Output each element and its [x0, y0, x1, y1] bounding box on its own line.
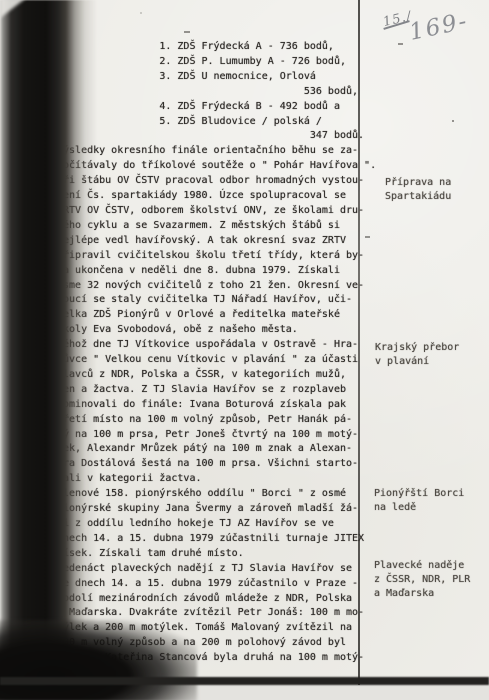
scan-speck [300, 408, 302, 410]
scan-speck [140, 12, 142, 14]
margin-rule-line [358, 0, 360, 685]
pencil-dash-mark [365, 236, 370, 238]
margin-note-krajsky-prebor: Krajský přebor v plavání [375, 341, 459, 369]
scanned-chronicle-page: 1. ZDŠ Frýdecká A - 736 bodů, 2. ZDŠ P. … [0, 0, 489, 700]
typed-body-text: 1. ZDŠ Frýdecká A - 736 bodů, 2. ZDŠ P. … [57, 40, 376, 666]
page-bottom-edge [0, 677, 489, 685]
handwritten-page-number: 169- [407, 8, 471, 46]
pencil-dash-mark [398, 43, 403, 45]
binding-fold-shadow [0, 620, 197, 700]
page-top-corner [0, 0, 26, 18]
scan-speck [452, 120, 454, 122]
margin-note-spartakiada: Příprava na Spartakiádu [385, 176, 451, 204]
book-binding-shadow [0, 0, 97, 691]
pencil-dash-mark [184, 31, 190, 33]
margin-note-pionyrsti-borci: Pionýřští Borci na ledě [374, 487, 464, 515]
margin-note-plavecke-nadeje: Plavecké naděje z ČSSR, NDR, PLR a Maďar… [374, 559, 470, 601]
